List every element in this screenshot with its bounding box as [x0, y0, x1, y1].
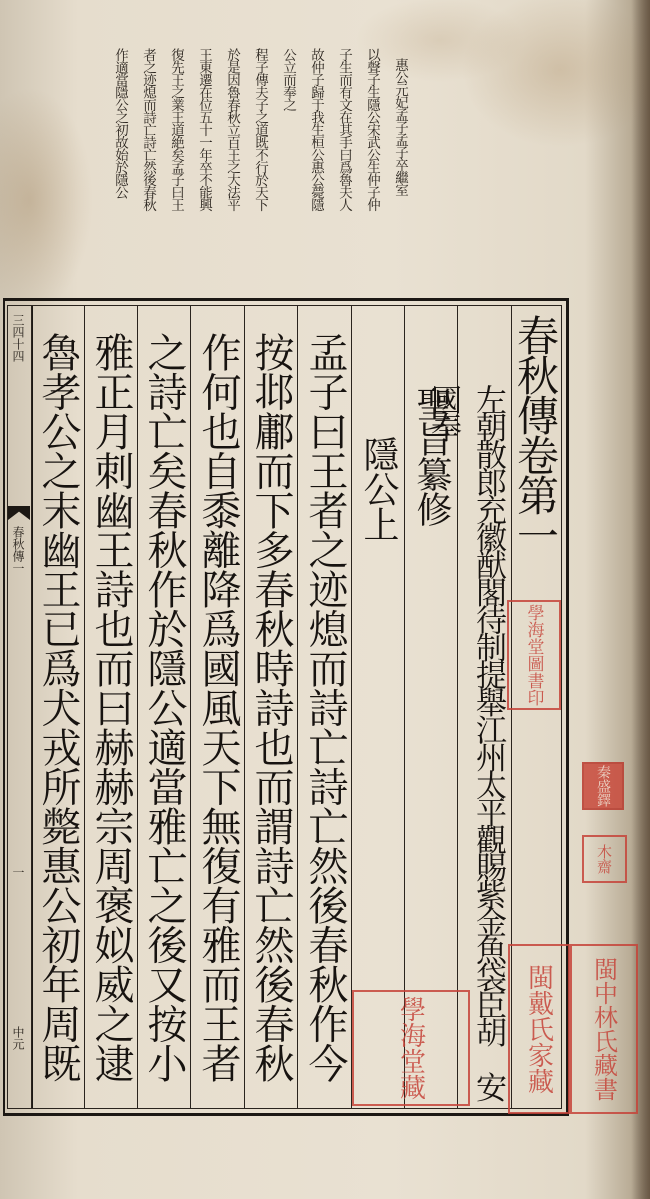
folio-top-mark: 三四十四 — [10, 314, 27, 362]
note-column: 王東遷在位五十一年卒不能興 — [190, 48, 216, 298]
body-column-5: 雅正月刺幽王詩也而曰赫赫宗周褒姒威之逮 — [84, 306, 137, 1108]
note-column: 子生而有文在其手曰爲魯夫人 — [330, 48, 356, 298]
book-page: 惠公元妃孟子孟子卒繼室 以聲子生隱公宋武公生仲子仲 子生而有文在其手曰爲魯夫人 … — [0, 0, 650, 1199]
title-mark: 春秋傳一 — [10, 526, 27, 574]
frame-inner-border: 三四十四 春秋傳一 一 中元 春秋傳卷第一 左朝散郎充徽猷閣待制提舉江州太平觀賜… — [7, 305, 562, 1109]
body-column-2: 按邶鄘而下多春秋時詩也而謂詩亡然後春秋 — [244, 306, 297, 1108]
seal-text: 木齋 — [594, 844, 615, 874]
fish-tail-mark — [8, 506, 30, 520]
note-column: 惠公元妃孟子孟子卒繼室 — [386, 58, 412, 298]
collector-seal-2: 秦盛鐸 — [582, 762, 624, 810]
body-column-6: 魯孝公之末幽王已爲犬戎所斃惠公初年周既 — [31, 306, 84, 1108]
seal-text: 閩中林氏藏書 — [587, 957, 622, 1101]
printed-frame: 三四十四 春秋傳一 一 中元 春秋傳卷第一 左朝散郎充徽猷閣待制提舉江州太平觀賜… — [3, 298, 569, 1116]
margin-column: 三四十四 春秋傳一 一 中元 — [8, 306, 33, 1108]
seal-text: 學海堂圖書印 — [522, 604, 547, 706]
seal-text: 學海堂藏 — [393, 996, 430, 1100]
note-column: 以聲子生隱公宋武公生仲子仲 — [358, 48, 384, 298]
collector-seal-1: 學海堂圖書印 — [507, 600, 561, 710]
leaf-number: 一 — [10, 866, 27, 878]
note-column: 者之迹熄而詩亡詩亡然後春秋 — [134, 48, 160, 298]
edict-line: 聖旨纂修 — [404, 306, 457, 1108]
collector-seal-3: 木齋 — [582, 835, 627, 883]
author-line: 左朝散郎充徽猷閣待制提舉江州太平觀賜紫金魚袋臣胡 安國奉 — [457, 306, 511, 1108]
seal-text: 秦盛鐸 — [593, 765, 613, 807]
body-column-3: 作何也自黍離降爲國風天下無復有雅而王者 — [190, 306, 244, 1108]
body-column-1: 孟子曰王者之迹熄而詩亡詩亡然後春秋作今 — [297, 306, 351, 1108]
collector-seal-6: 閩中林氏藏書 — [570, 944, 638, 1114]
note-column: 作適當隱公之初故始於隱公 — [106, 48, 132, 298]
collector-seal-4: 學海堂藏 — [352, 990, 470, 1106]
note-column: 復先王之業王道絶矣孟子曰王 — [162, 48, 188, 298]
body-column-4: 之詩亡矣春秋作於隱公適當雅亡之後又按小 — [137, 306, 190, 1108]
section-heading: 隱公上 — [351, 306, 404, 1108]
note-column: 於是因魯春秋立百王之大法平 — [218, 48, 244, 298]
note-column: 故仲子歸于我生桓公惠公薨隱 — [302, 48, 328, 298]
note-column: 公立而奉之 — [274, 48, 300, 298]
bottom-mark: 中元 — [10, 1026, 27, 1050]
note-column: 程子傳夫子之道既不行於天下 — [246, 48, 272, 298]
collector-seal-5: 閩戴氏家藏 — [508, 944, 570, 1114]
handwritten-annotations: 惠公元妃孟子孟子卒繼室 以聲子生隱公宋武公生仲子仲 子生而有文在其手曰爲魯夫人 … — [72, 48, 412, 298]
seal-text: 閩戴氏家藏 — [521, 964, 558, 1094]
